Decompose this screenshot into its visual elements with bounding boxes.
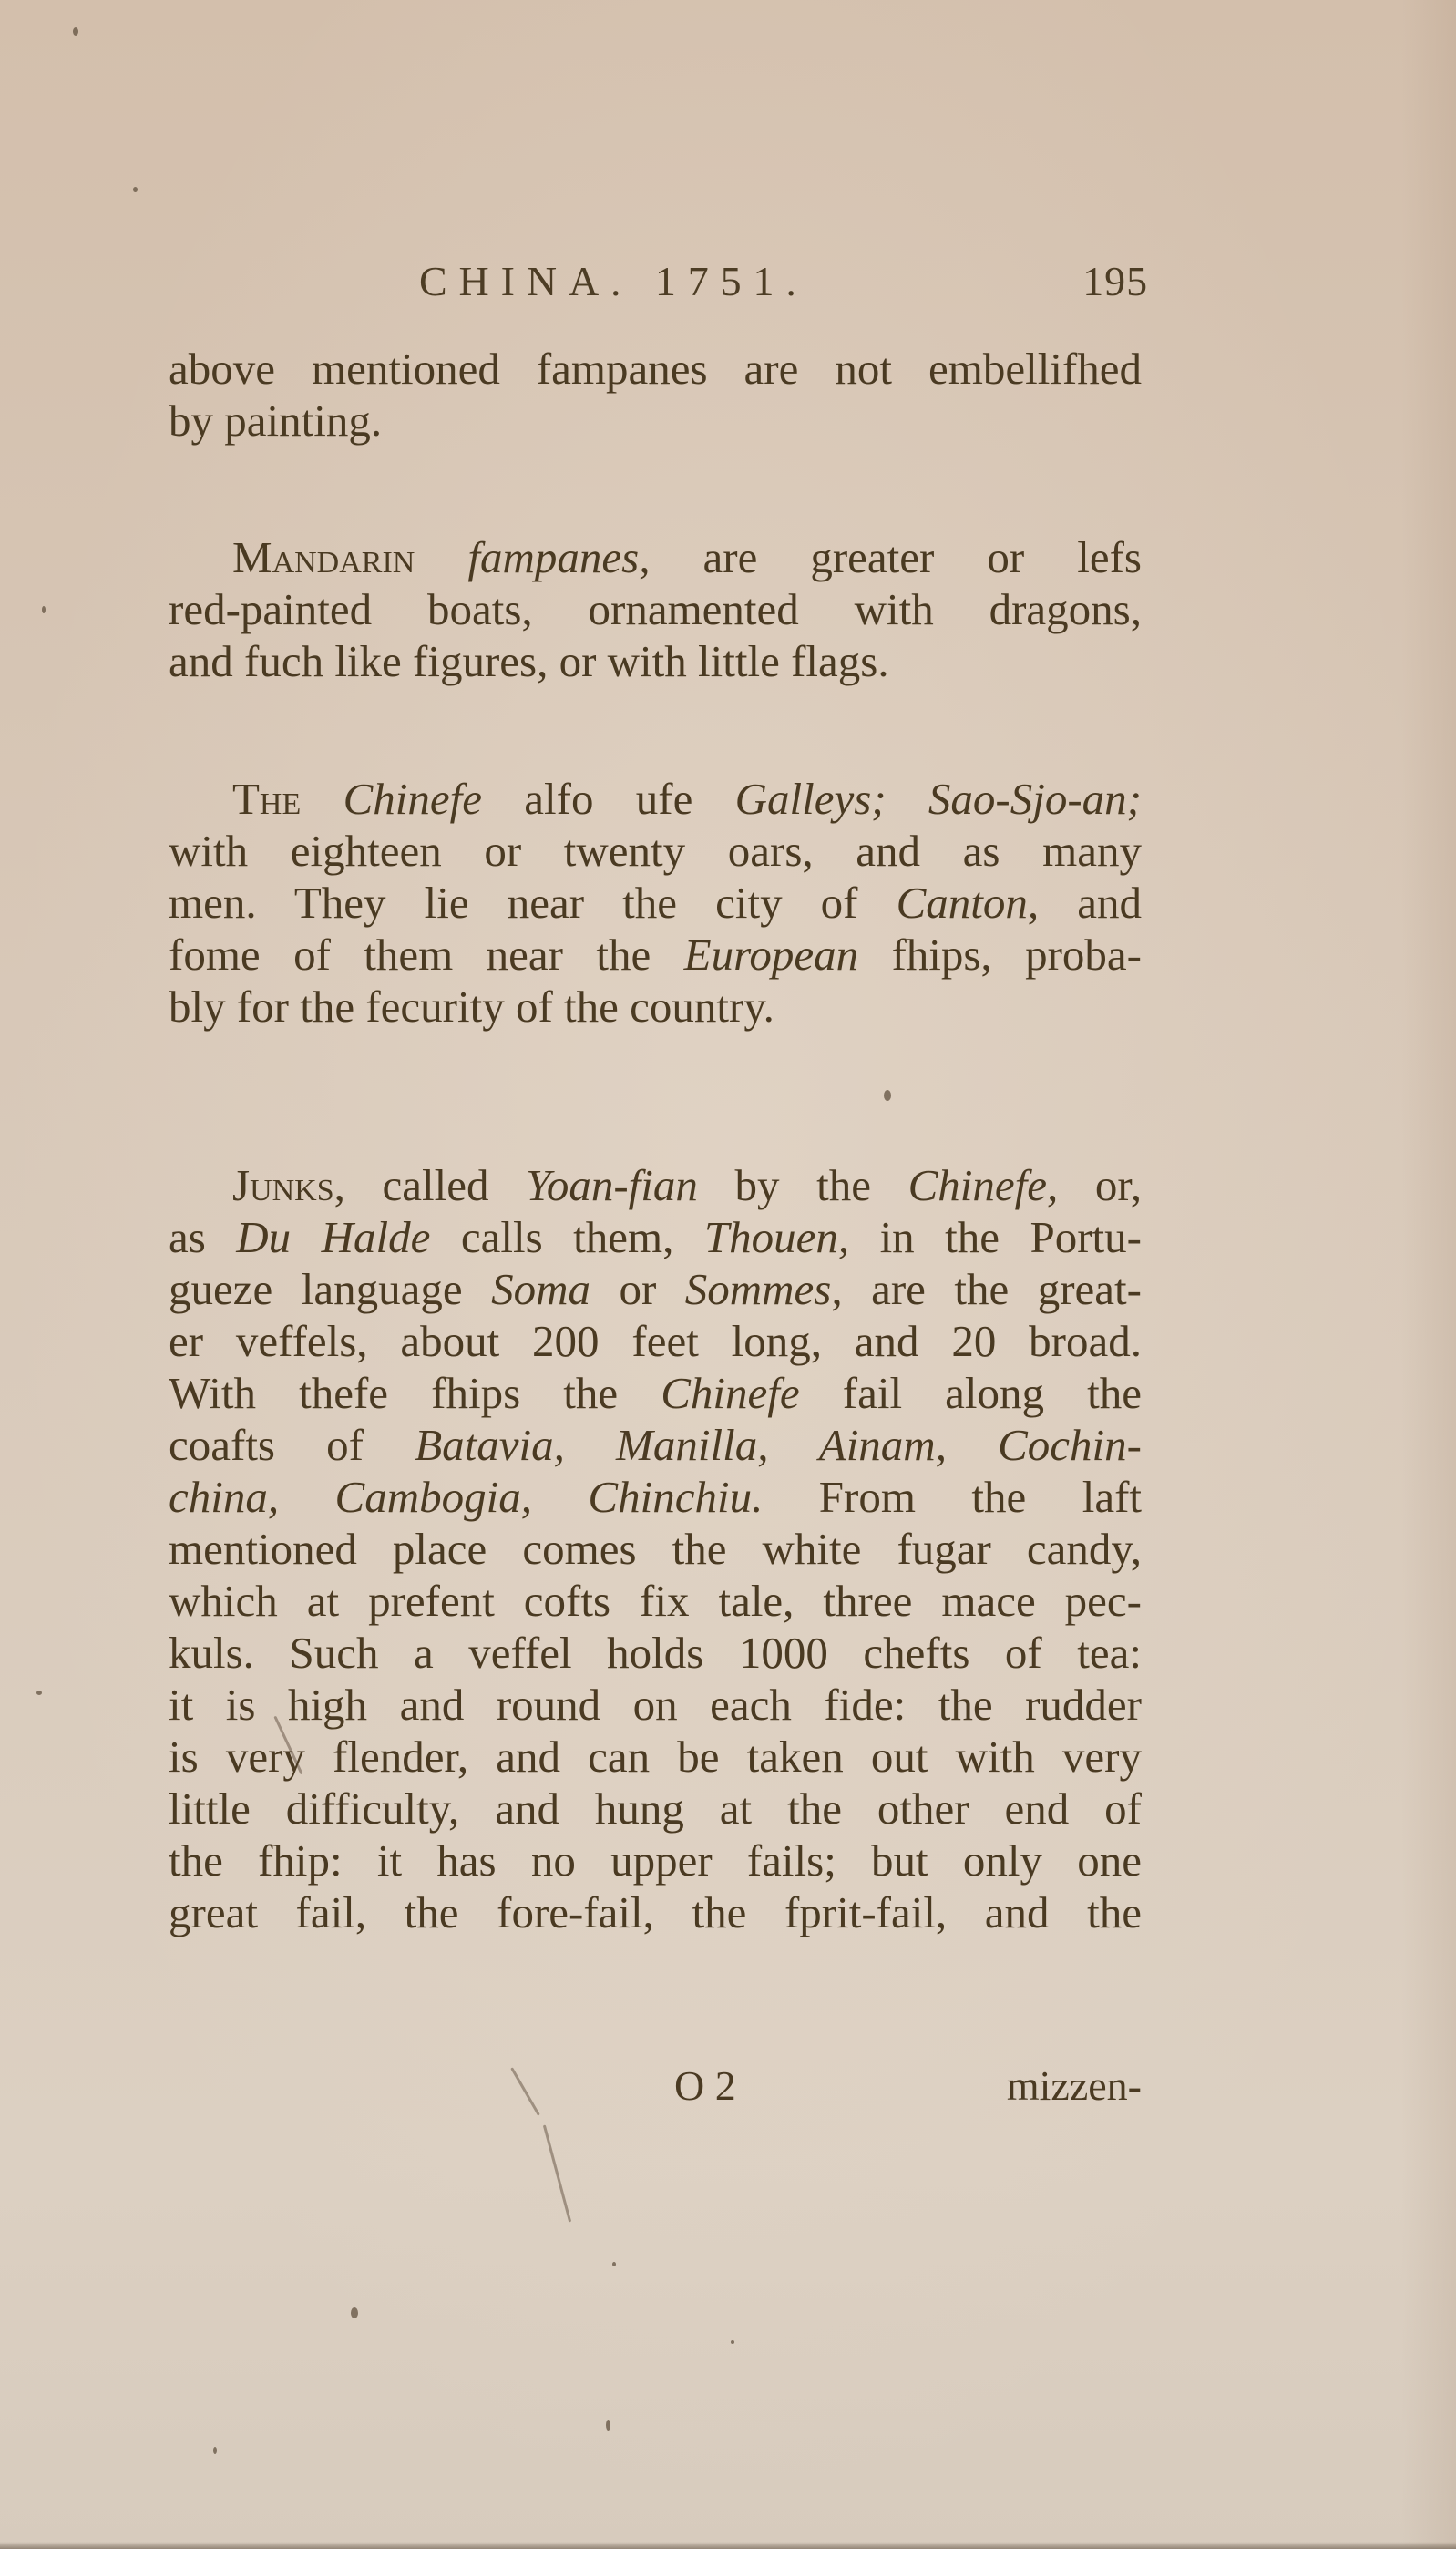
- paper-speck: [612, 2262, 616, 2266]
- italic-text: china, Cambogia, Chinchiu.: [169, 1472, 763, 1522]
- italic-text: Batavia, Manilla, Ainam, Cochin-: [415, 1420, 1142, 1470]
- small-caps-text: The: [232, 774, 301, 824]
- text-line: coafts of Batavia, Manilla, Ainam, Cochi…: [169, 1419, 1142, 1471]
- paper-speck: [213, 2447, 217, 2454]
- text-run: are greater or lefs: [650, 532, 1142, 582]
- text-run: men. They lie near the city of: [169, 878, 897, 928]
- italic-text: Canton,: [897, 878, 1040, 928]
- text-run: calls them,: [430, 1212, 703, 1262]
- text-run: are the great-: [843, 1264, 1142, 1314]
- text-run: the fhip: it has no upper fails; but onl…: [169, 1835, 1142, 1886]
- text-line: red-painted boats, ornamented with drago…: [169, 583, 1142, 635]
- text-line: Mandarin fampanes, are greater or lefs: [169, 531, 1142, 583]
- paper-speck: [606, 2420, 610, 2431]
- text-run: kuls. Such a veffel holds 1000 chefts of…: [169, 1628, 1142, 1678]
- italic-text: Galleys; Sao-Sjo-an;: [735, 774, 1142, 824]
- text-line: which at prefent cofts fix tale, three m…: [169, 1575, 1142, 1627]
- page-footer: O 2 mizzen-: [169, 2061, 1142, 2116]
- paper-hair: [543, 2124, 571, 2222]
- italic-text: Yoan-fian: [526, 1160, 698, 1210]
- running-head-title: CHINA. 1751.: [419, 257, 808, 305]
- text-run: as: [169, 1212, 236, 1262]
- text-line: Junks, called Yoan-fian by the Chinefe, …: [169, 1159, 1142, 1211]
- paper-speck: [884, 1090, 891, 1101]
- running-head: CHINA. 1751. 195: [301, 257, 1148, 312]
- text-line: kuls. Such a veffel holds 1000 chefts of…: [169, 1627, 1142, 1679]
- text-run: [301, 774, 343, 824]
- text-run: is very flender, and can be taken out wi…: [169, 1732, 1142, 1782]
- text-line: little difficulty, and hung at the other…: [169, 1783, 1142, 1835]
- italic-text: Du Halde: [236, 1212, 430, 1262]
- text-run: it is high and round on each fide: the r…: [169, 1680, 1142, 1730]
- page-number: 195: [1082, 257, 1148, 305]
- italic-text: Chinefe: [343, 774, 482, 824]
- text-line: and fuch like figures, or with little fl…: [169, 635, 1142, 687]
- text-run: mentioned place comes the white fugar ca…: [169, 1524, 1142, 1574]
- italic-text: Soma: [491, 1264, 590, 1314]
- italic-text: Chinefe: [661, 1368, 799, 1418]
- text-line: it is high and round on each fide: the r…: [169, 1679, 1142, 1731]
- text-line: With thefe fhips the Chinefe fail along …: [169, 1367, 1142, 1419]
- text-run: fome of them near the: [169, 930, 684, 980]
- paper-speck: [73, 27, 78, 36]
- italic-text: Sommes,: [685, 1264, 843, 1314]
- italic-text: fampanes,: [467, 532, 650, 582]
- text-run: with eighteen or twenty oars, and as man…: [169, 826, 1142, 876]
- text-run: and: [1039, 878, 1142, 928]
- text-line: fome of them near the European fhips, pr…: [169, 929, 1142, 981]
- text-run: or: [590, 1264, 685, 1314]
- text-line: above mentioned fampanes are not embelli…: [169, 343, 1142, 395]
- text-line: mentioned place comes the white fugar ca…: [169, 1523, 1142, 1575]
- text-line: with eighteen or twenty oars, and as man…: [169, 825, 1142, 877]
- text-line: the fhip: it has no upper fails; but onl…: [169, 1835, 1142, 1886]
- text-run: above mentioned fampanes are not embelli…: [169, 344, 1142, 394]
- text-run: which at prefent cofts fix tale, three m…: [169, 1576, 1142, 1626]
- text-line: men. They lie near the city of Canton, a…: [169, 877, 1142, 929]
- small-caps-text: Mandarin: [232, 532, 415, 582]
- text-line: bly for the fecurity of the country.: [169, 981, 1142, 1033]
- text-line: is very flender, and can be taken out wi…: [169, 1731, 1142, 1783]
- paper-speck: [133, 187, 138, 192]
- text-run: or,: [1058, 1160, 1142, 1210]
- text-run: [415, 532, 467, 582]
- text-run: bly for the fecurity of the country.: [169, 982, 774, 1032]
- italic-text: European: [684, 930, 858, 980]
- signature-mark: O 2: [674, 2061, 736, 2110]
- text-line: china, Cambogia, Chinchiu. From the laft: [169, 1471, 1142, 1523]
- text-run: fail along the: [800, 1368, 1142, 1418]
- text-run: coafts of: [169, 1420, 415, 1470]
- paragraph-mandarin-sampanes: Mandarin fampanes, are greater or lefsre…: [169, 531, 1142, 687]
- text-run: From the laft: [763, 1472, 1142, 1522]
- paragraph-junks: Junks, called Yoan-fian by the Chinefe, …: [169, 1159, 1142, 1938]
- text-run: red-painted boats, ornamented with drago…: [169, 584, 1142, 634]
- page-edge-shadow: [1401, 0, 1456, 2549]
- text-run: great fail, the fore-fail, the fprit-fai…: [169, 1887, 1142, 1937]
- catchword: mizzen-: [1007, 2061, 1142, 2110]
- italic-text: Chinefe,: [908, 1160, 1059, 1210]
- text-line: er veffels, about 200 feet long, and 20 …: [169, 1315, 1142, 1367]
- paper-speck: [42, 606, 46, 613]
- paragraph-galleys: The Chinefe alfo ufe Galleys; Sao-Sjo-an…: [169, 773, 1142, 1033]
- text-line: The Chinefe alfo ufe Galleys; Sao-Sjo-an…: [169, 773, 1142, 825]
- text-run: and fuch like figures, or with little fl…: [169, 636, 889, 686]
- text-run: With thefe fhips the: [169, 1368, 661, 1418]
- text-run: gueze language: [169, 1264, 491, 1314]
- paper-speck: [351, 2307, 358, 2318]
- text-run: er veffels, about 200 feet long, and 20 …: [169, 1316, 1142, 1366]
- paragraph-sampanes-continued: above mentioned fampanes are not embelli…: [169, 343, 1142, 447]
- text-run: in the Portu-: [849, 1212, 1142, 1262]
- text-line: as Du Halde calls them, Thouen, in the P…: [169, 1211, 1142, 1263]
- page-bottom-edge: [0, 2542, 1456, 2549]
- text-run: by painting.: [169, 396, 382, 446]
- small-caps-text: Junks,: [232, 1160, 345, 1210]
- text-line: by painting.: [169, 395, 1142, 447]
- paper-speck: [731, 2340, 734, 2344]
- text-line: gueze language Soma or Sommes, are the g…: [169, 1263, 1142, 1315]
- text-line: great fail, the fore-fail, the fprit-fai…: [169, 1886, 1142, 1938]
- text-run: called: [345, 1160, 526, 1210]
- book-page: CHINA. 1751. 195 above mentioned fampane…: [0, 0, 1456, 2549]
- text-run: by the: [698, 1160, 908, 1210]
- text-run: alfo ufe: [482, 774, 735, 824]
- paper-speck: [36, 1691, 42, 1695]
- italic-text: Thouen,: [704, 1212, 849, 1262]
- text-run: little difficulty, and hung at the other…: [169, 1783, 1142, 1834]
- text-run: fhips, proba-: [858, 930, 1142, 980]
